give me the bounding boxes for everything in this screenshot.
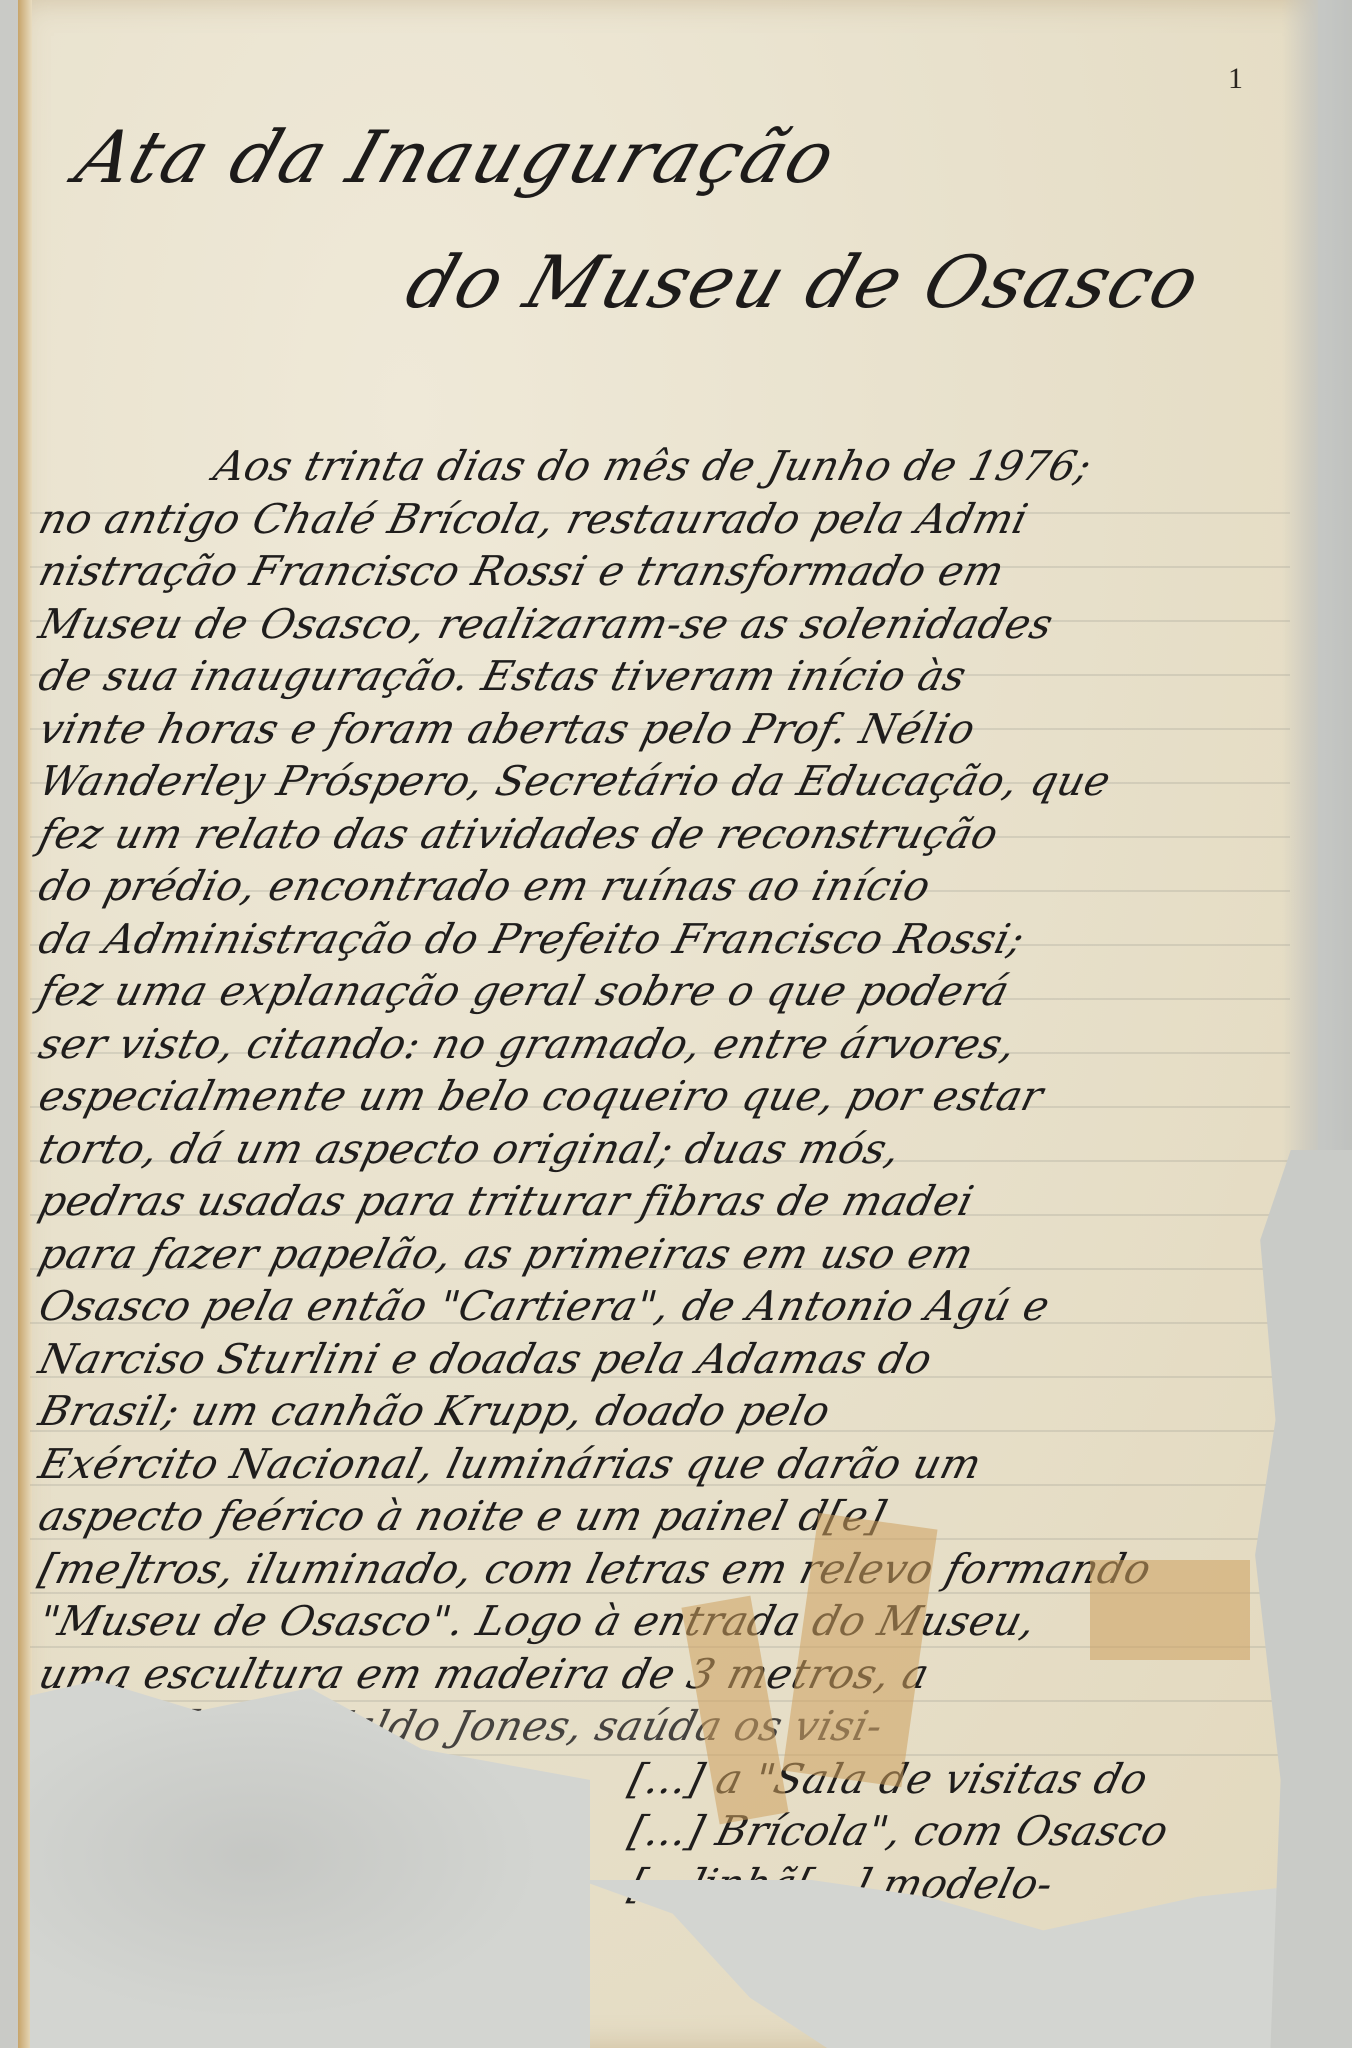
body-line: Osasco pela então "Cartiera", de Antonio… bbox=[33, 1280, 1316, 1333]
handwritten-body: Aos trinta dias do mês de Junho de 1976;… bbox=[40, 440, 1310, 1910]
document-title-line-2: do Museu de Osasco bbox=[396, 240, 1212, 324]
repair-tape bbox=[1090, 1560, 1250, 1660]
body-line: da Administração do Prefeito Francisco R… bbox=[33, 913, 1316, 966]
document-title-line-1: Ata da Inauguração bbox=[66, 115, 847, 199]
body-line: no antigo Chalé Brícola, restaurado pela… bbox=[33, 493, 1316, 546]
body-line: fez um relato das atividades de reconstr… bbox=[33, 808, 1316, 861]
page-number: 1 bbox=[1228, 62, 1243, 96]
body-line: Wanderley Próspero, Secretário da Educaç… bbox=[33, 755, 1316, 808]
body-line: aspecto feérico à noite e um painel d[e] bbox=[33, 1490, 1316, 1543]
body-line: ser visto, citando: no gramado, entre ár… bbox=[33, 1018, 1316, 1071]
body-line: nistração Francisco Rossi e transformado… bbox=[33, 545, 1316, 598]
body-line: vinte horas e foram abertas pelo Prof. N… bbox=[33, 703, 1316, 756]
body-line: fez uma explanação geral sobre o que pod… bbox=[33, 965, 1316, 1018]
body-line: especialmente um belo coqueiro que, por … bbox=[33, 1070, 1316, 1123]
body-line: de sua inauguração. Estas tiveram início… bbox=[33, 650, 1316, 703]
body-line: Museu de Osasco, realizaram-se as soleni… bbox=[33, 598, 1316, 651]
body-line: torto, dá um aspecto original; duas mós, bbox=[33, 1123, 1316, 1176]
body-line: Narciso Sturlini e doadas pela Adamas do bbox=[33, 1333, 1316, 1386]
body-line: para fazer papelão, as primeiras em uso … bbox=[33, 1228, 1316, 1281]
body-line: do prédio, encontrado em ruínas ao iníci… bbox=[33, 860, 1316, 913]
body-line: Brasil; um canhão Krupp, doado pelo bbox=[33, 1385, 1316, 1438]
body-line: Aos trinta dias do mês de Junho de 1976; bbox=[33, 440, 1316, 493]
body-line: pedras usadas para triturar fibras de ma… bbox=[33, 1175, 1316, 1228]
body-line: Exército Nacional, luminárias que darão … bbox=[33, 1438, 1316, 1491]
